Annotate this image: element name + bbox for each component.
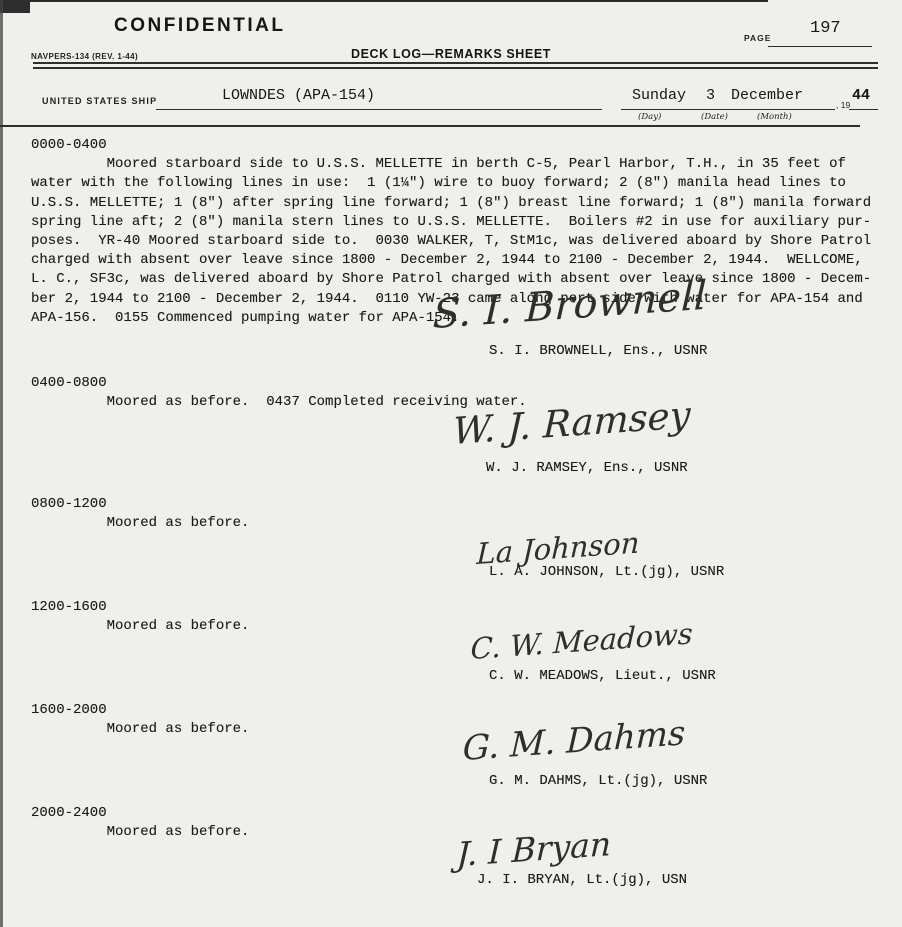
typed-signature: W. J. RAMSEY, Ens., USNR — [486, 460, 688, 476]
watch-entry-1200-1600: 1200-1600 Moored as before. — [31, 598, 249, 636]
remarks-line: poses. YR-40 Moored starboard side to. 0… — [31, 232, 871, 251]
remarks-line: Moored as before. — [31, 617, 249, 636]
deck-log-remarks-sheet: CONFIDENTIAL PAGE 197 NAVPERS-134 (REV. … — [0, 0, 902, 927]
typed-signature: S. I. BROWNELL, Ens., USNR — [489, 343, 707, 359]
watch-period: 2000-2400 — [31, 804, 249, 823]
header-bottom-rule — [0, 125, 860, 127]
remarks-line: Moored as before. — [31, 823, 249, 842]
watch-entry-1600-2000: 1600-2000 Moored as before. — [31, 701, 249, 739]
watch-entry-2000-2400: 2000-2400 Moored as before. — [31, 804, 249, 842]
page-label: PAGE — [744, 33, 771, 43]
remarks-line: charged with absent over leave since 180… — [31, 251, 871, 270]
typed-signature: L. A. JOHNSON, Lt.(jg), USNR — [489, 564, 724, 580]
watch-period: 1600-2000 — [31, 701, 249, 720]
watch-period: 0400-0800 — [31, 374, 527, 393]
page-number: 197 — [810, 19, 841, 38]
remarks-line: spring line aft; 2 (8") manila stern lin… — [31, 213, 871, 232]
year-value: 44 — [852, 87, 870, 104]
typed-signature: J. I. BRYAN, Lt.(jg), USN — [477, 872, 687, 888]
watch-entry-0800-1200: 0800-1200 Moored as before. — [31, 495, 249, 533]
date-day: Sunday — [632, 87, 686, 104]
watch-period: 1200-1600 — [31, 598, 249, 617]
date-number: 3 — [706, 87, 715, 104]
remarks-line: Moored as before. — [31, 720, 249, 739]
handwritten-signature: G. M. Dahms — [462, 713, 686, 769]
ship-name: LOWNDES (APA-154) — [222, 87, 375, 104]
remarks-line: water with the following lines in use: 1… — [31, 174, 871, 193]
date-caption: (Date) — [701, 112, 728, 122]
day-caption: (Day) — [638, 112, 661, 122]
remarks-line: Moored starboard side to U.S.S. MELLETTE… — [31, 155, 871, 174]
remarks-line: U.S.S. MELLETTE; 1 (8") after spring lin… — [31, 194, 871, 213]
watch-period: 0800-1200 — [31, 495, 249, 514]
handwritten-signature: J. I Bryan — [456, 824, 612, 874]
watch-entry-0400-0800: 0400-0800 Moored as before. 0437 Complet… — [31, 374, 527, 412]
remarks-line: Moored as before. — [31, 514, 249, 533]
remarks-line: Moored as before. 0437 Completed receivi… — [31, 393, 527, 412]
header-double-rule — [33, 62, 878, 69]
year-underline — [849, 109, 878, 110]
handwritten-signature: C. W. Meadows — [470, 616, 693, 666]
remarks-line: L. C., SF3c, was delivered aboard by Sho… — [31, 270, 871, 289]
scan-edge-top — [0, 0, 768, 2]
month-caption: (Month) — [757, 112, 792, 122]
typed-signature: C. W. MEADOWS, Lieut., USNR — [489, 668, 716, 684]
scan-edge-left — [0, 0, 3, 927]
sheet-title: DECK LOG—REMARKS SHEET — [0, 47, 902, 61]
typed-signature: G. M. DAHMS, Lt.(jg), USNR — [489, 773, 707, 789]
ship-name-underline — [156, 109, 602, 110]
scan-edge-corner — [0, 0, 30, 13]
date-month: December — [731, 87, 803, 104]
date-underline — [621, 109, 835, 110]
watch-period: 0000-0400 — [31, 136, 871, 155]
classification-stamp: CONFIDENTIAL — [114, 15, 285, 37]
ship-label: UNITED STATES SHIP — [42, 96, 157, 106]
